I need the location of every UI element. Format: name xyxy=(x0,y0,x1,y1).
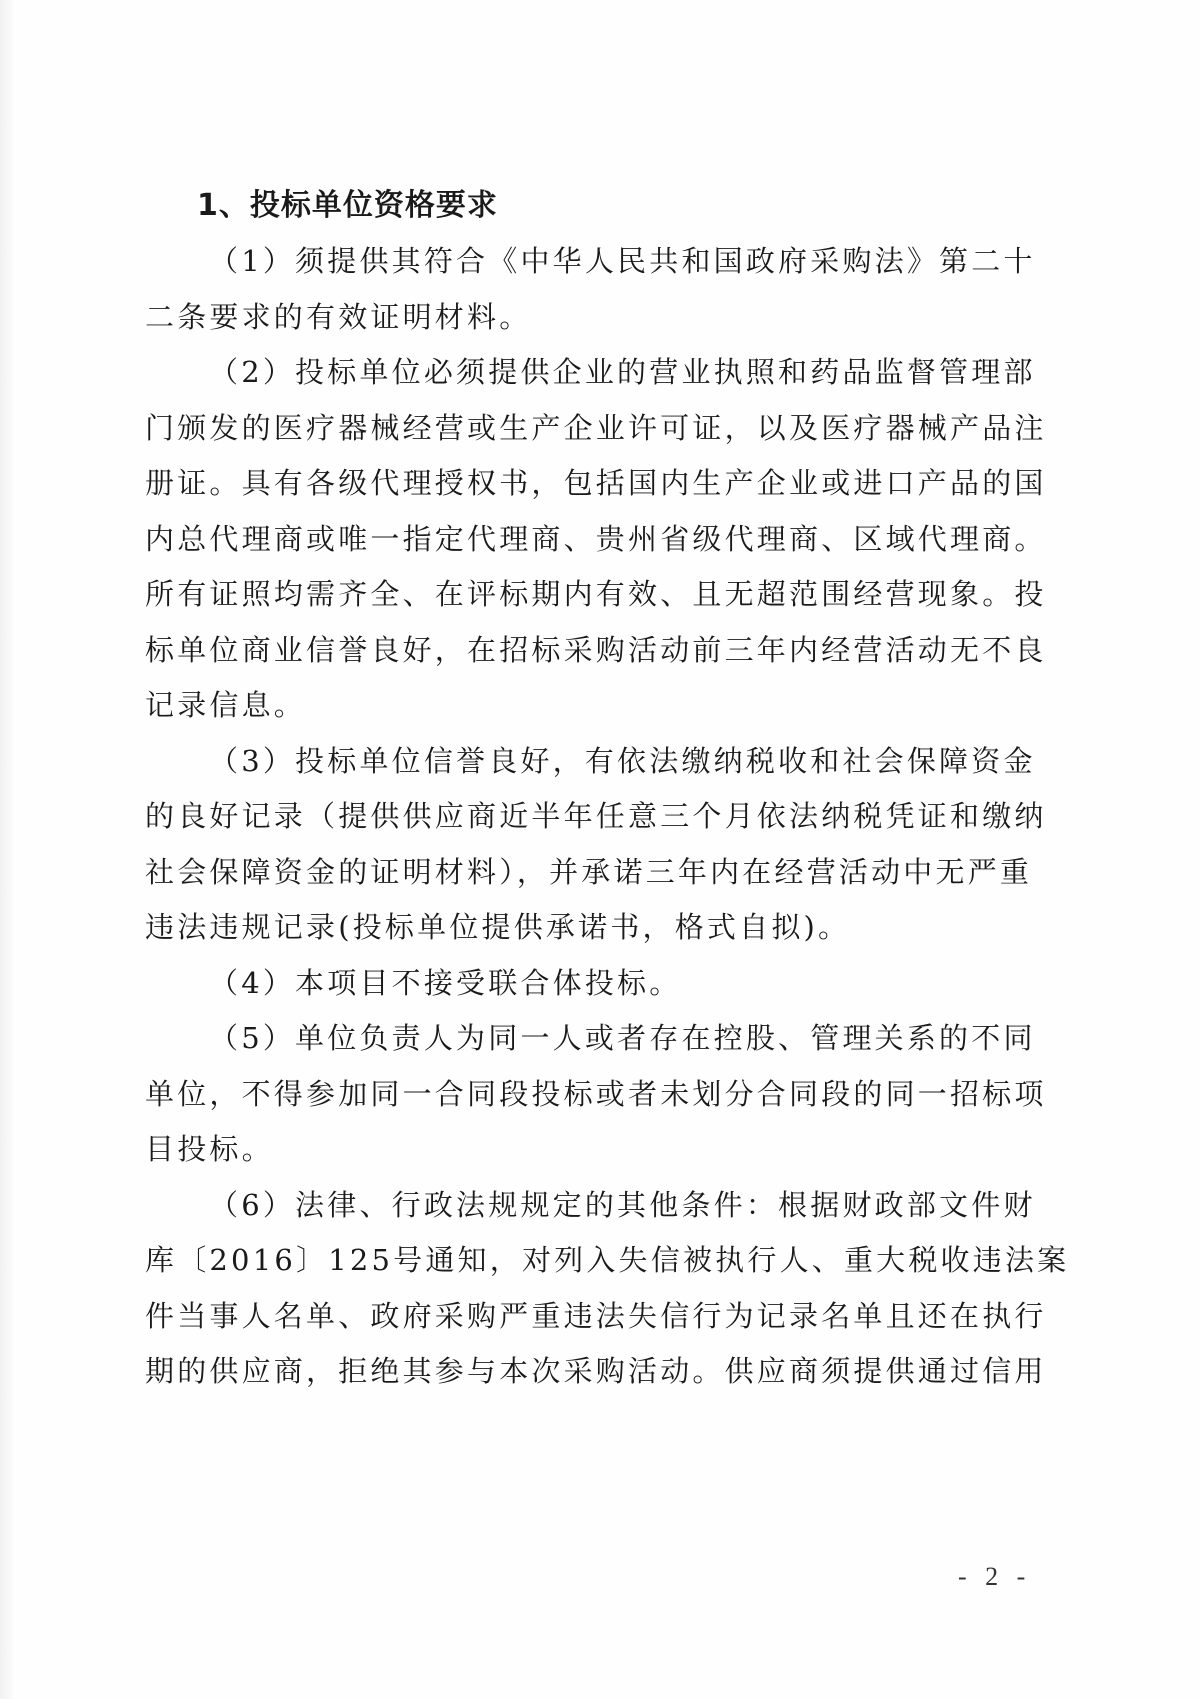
text-line: 的良好记录（提供供应商近半年任意三个月依法纳税凭证和缴纳 xyxy=(145,789,965,845)
text-line: （1）须提供其符合《中华人民共和国政府采购法》第二十 xyxy=(145,234,965,290)
text-line: 册证。具有各级代理授权书，包括国内生产企业或进口产品的国 xyxy=(145,456,965,512)
requirement-5: （5）单位负责人为同一人或者存在控股、管理关系的不同 单位，不得参加同一合同段投… xyxy=(145,1011,965,1178)
text-line: 门颁发的医疗器械经营或生产企业许可证，以及医疗器械产品注 xyxy=(145,401,965,457)
requirement-2: （2）投标单位必须提供企业的营业执照和药品监督管理部 门颁发的医疗器械经营或生产… xyxy=(145,345,965,734)
requirement-6: （6）法律、行政法规规定的其他条件：根据财政部文件财 库〔2016〕125号通知… xyxy=(145,1178,965,1400)
requirement-4: （4）本项目不接受联合体投标。 xyxy=(145,956,965,1012)
text-line: 期的供应商，拒绝其参与本次采购活动。供应商须提供通过信用 xyxy=(145,1344,965,1400)
text-line: 所有证照均需齐全、在评标期内有效、且无超范围经营现象。投 xyxy=(145,567,965,623)
text-line: 违法违规记录(投标单位提供承诺书，格式自拟)。 xyxy=(145,900,965,956)
text-line: （3）投标单位信誉良好，有依法缴纳税收和社会保障资金 xyxy=(145,734,965,790)
section-heading: 1、投标单位资格要求 xyxy=(197,178,965,234)
text-line: 社会保障资金的证明材料），并承诺三年内在经营活动中无严重 xyxy=(145,845,965,901)
document-body: 1、投标单位资格要求 （1）须提供其符合《中华人民共和国政府采购法》第二十 二条… xyxy=(145,178,965,1400)
text-line: 标单位商业信誉良好，在招标采购活动前三年内经营活动无不良 xyxy=(145,623,965,679)
page-number: - 2 - xyxy=(958,1562,1031,1592)
text-line: （4）本项目不接受联合体投标。 xyxy=(145,956,965,1012)
scan-edge xyxy=(0,0,14,1699)
requirement-1: （1）须提供其符合《中华人民共和国政府采购法》第二十 二条要求的有效证明材料。 xyxy=(145,234,965,345)
text-line: 单位，不得参加同一合同段投标或者未划分合同段的同一招标项 xyxy=(145,1067,965,1123)
text-line: 件当事人名单、政府采购严重违法失信行为记录名单且还在执行 xyxy=(145,1289,965,1345)
text-line: 二条要求的有效证明材料。 xyxy=(145,290,965,346)
requirement-3: （3）投标单位信誉良好，有依法缴纳税收和社会保障资金 的良好记录（提供供应商近半… xyxy=(145,734,965,956)
text-line: （2）投标单位必须提供企业的营业执照和药品监督管理部 xyxy=(145,345,965,401)
text-line: 内总代理商或唯一指定代理商、贵州省级代理商、区域代理商。 xyxy=(145,512,965,568)
text-line: （6）法律、行政法规规定的其他条件：根据财政部文件财 xyxy=(145,1178,965,1234)
text-line: （5）单位负责人为同一人或者存在控股、管理关系的不同 xyxy=(145,1011,965,1067)
document-page: 1、投标单位资格要求 （1）须提供其符合《中华人民共和国政府采购法》第二十 二条… xyxy=(0,0,1200,1699)
text-line: 记录信息。 xyxy=(145,678,965,734)
text-line: 目投标。 xyxy=(145,1122,965,1178)
text-line: 库〔2016〕125号通知，对列入失信被执行人、重大税收违法案 xyxy=(145,1233,965,1289)
